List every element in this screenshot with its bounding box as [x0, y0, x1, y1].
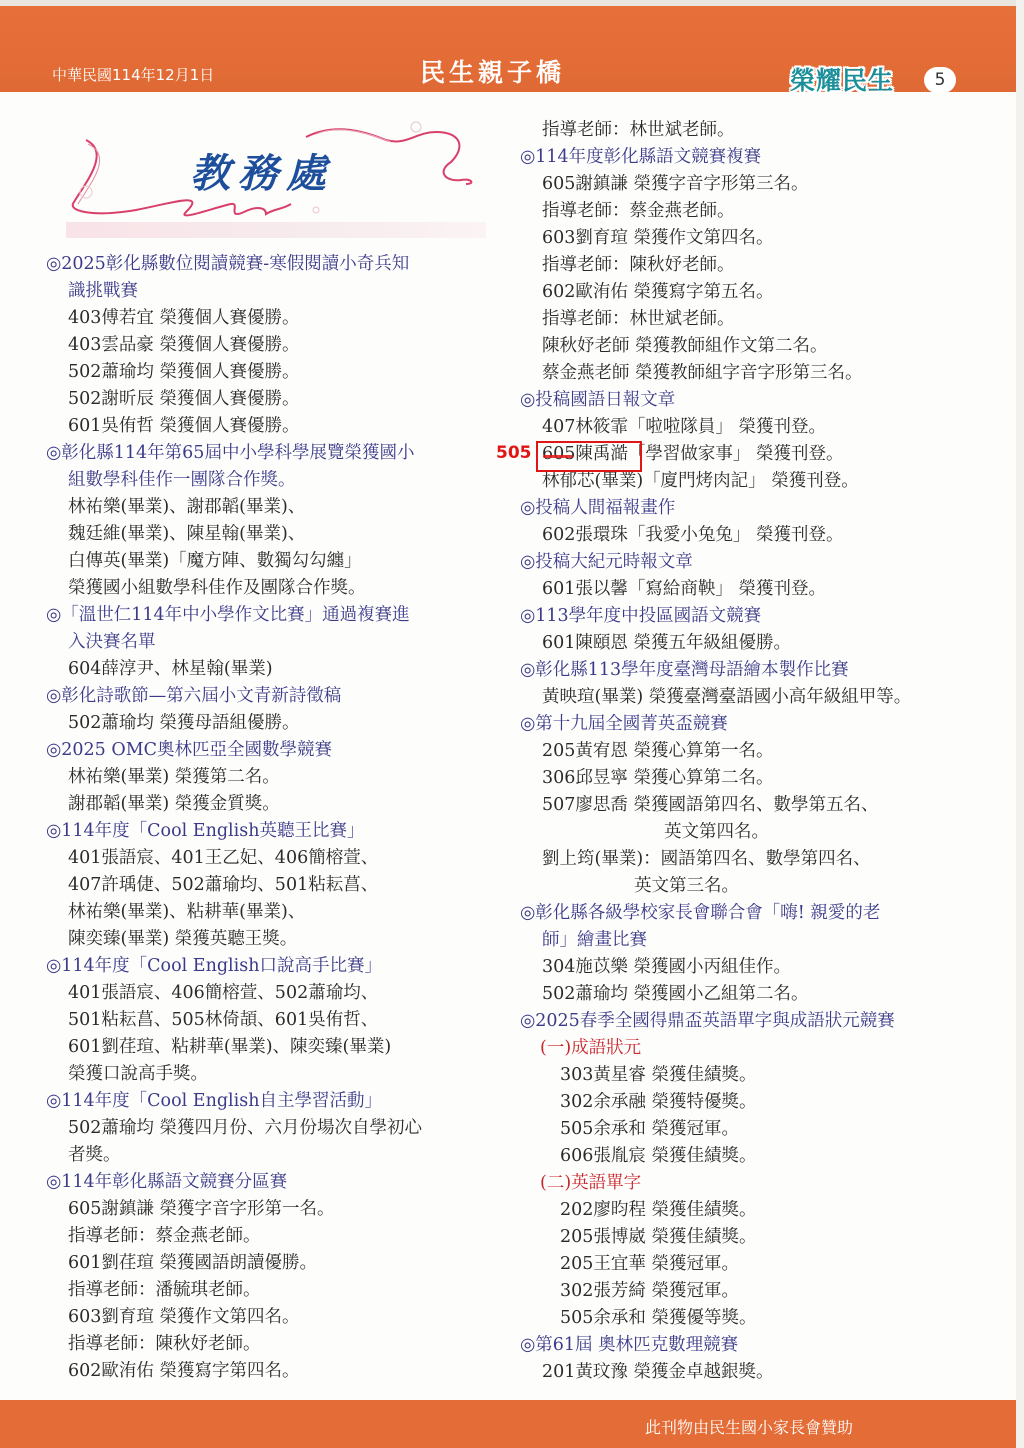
correction-label: 505 [496, 443, 532, 463]
award-heading: ◎2025 OMC奧林匹亞全國數學競賽 [46, 737, 496, 764]
award-heading-continued: 入決賽名單 [46, 629, 496, 656]
list-item: 602歐洧佑 榮獲寫字第五名。 [520, 279, 990, 306]
list-item: 205黃宥恩 榮獲心算第一名。 [520, 738, 990, 765]
list-item: 指導老師：蔡金燕老師。 [520, 198, 990, 225]
list-item: 401張語宸、401王乙妃、406簡榕萱、 [46, 845, 496, 872]
list-item: 指導老師：林世斌老師。 [520, 117, 990, 144]
award-subheading: (一)成語狀元 [520, 1035, 990, 1062]
list-item: 502蕭瑜均 榮獲國小乙組第二名。 [520, 981, 990, 1008]
list-item: 602歐洧佑 榮獲寫字第四名。 [46, 1358, 496, 1385]
list-item: 407林筱霏「啦啦隊員」 榮獲刊登。 [520, 414, 990, 441]
award-heading: ◎投稿國語日報文章 [520, 387, 990, 414]
list-item: 407許瑀倢、502蕭瑜均、501粘耘菖、 [46, 872, 496, 899]
list-item: 601劉荏瑄 榮獲國語朗讀優勝。 [46, 1250, 496, 1277]
list-item: 黃映瑄(畢業) 榮獲臺灣臺語國小高年級組甲等。 [520, 684, 990, 711]
list-item: 604薛淳尹、林星翰(畢業) [46, 656, 496, 683]
list-item: 謝郡韜(畢業) 榮獲金質獎。 [46, 791, 496, 818]
list-item: 502蕭瑜均 榮獲個人賽優勝。 [46, 359, 496, 386]
list-item: 陳秋妤老師 榮獲教師組作文第二名。 [520, 333, 990, 360]
header-date: 中華民國114年12月1日 [52, 64, 214, 85]
sponsor-note: 此刊物由民生國小家長會贊助 [645, 1415, 853, 1438]
list-item: 榮獲口說高手獎。 [46, 1061, 496, 1088]
award-heading: ◎114年度彰化縣語文競賽複賽 [520, 144, 990, 171]
list-item: 指導老師：林世斌老師。 [520, 306, 990, 333]
banner-underline [66, 222, 486, 238]
list-item: 304施苡樂 榮獲國小丙組佳作。 [520, 954, 990, 981]
award-heading-continued: 識挑戰賽 [46, 278, 496, 305]
list-item: 302余承融 榮獲特優獎。 [520, 1089, 990, 1116]
list-item: 林郁芯(畢業)「廈門烤肉記」 榮獲刊登。 [520, 468, 990, 495]
department-title: 教務處 [190, 142, 334, 199]
right-column: 指導老師：林世斌老師。◎114年度彰化縣語文競賽複賽605謝鎮謙 榮獲字音字形第… [520, 117, 990, 1386]
left-column: ◎2025彰化縣數位閱讀競賽-寒假閱讀小奇兵知識挑戰賽403傅若宜 榮獲個人賽優… [46, 251, 496, 1385]
list-item-continued: 英文第三名。 [520, 873, 990, 900]
page-right-edge [1016, 0, 1024, 1448]
award-heading: ◎114年彰化縣語文競賽分區賽 [46, 1169, 496, 1196]
list-item: 502蕭瑜均 榮獲母語組優勝。 [46, 710, 496, 737]
list-item: 507廖思喬 榮獲國語第四名、數學第五名、 [520, 792, 990, 819]
award-heading: ◎114年度「Cool English自主學習活動」 [46, 1088, 496, 1115]
list-item: 501粘耘菖、505林倚頡、601吳侑哲、 [46, 1007, 496, 1034]
newsletter-title: 民生親子橋 [420, 53, 565, 89]
list-item: 202廖昀程 榮獲佳績獎。 [520, 1197, 990, 1224]
list-item: 603劉育瑄 榮獲作文第四名。 [46, 1304, 496, 1331]
award-heading: ◎「溫世仁114年中小學作文比賽」通過複賽進 [46, 602, 496, 629]
list-item: 505余承和 榮獲優等獎。 [520, 1305, 990, 1332]
list-item: 601吳侑哲 榮獲個人賽優勝。 [46, 413, 496, 440]
award-heading-continued: 組數學科佳作一團隊合作獎。 [46, 467, 496, 494]
list-item: 502蕭瑜均 榮獲四月份、六月份場次自學初心 [46, 1115, 496, 1142]
award-heading: ◎彰化縣114年第65屆中小學科學展覽榮獲國小 [46, 440, 496, 467]
list-item: 者獎。 [46, 1142, 496, 1169]
award-heading-continued: 師」繪畫比賽 [520, 927, 990, 954]
list-item: 601張以馨「寫給商鞅」 榮獲刊登。 [520, 576, 990, 603]
award-heading: ◎2025春季全國得鼎盃英語單字與成語狀元競賽 [520, 1008, 990, 1035]
page-header: 中華民國114年12月1日 民生親子橋 榮耀民生 5 [0, 6, 1016, 92]
award-heading: ◎第61屆 奧林匹克數理競賽 [520, 1332, 990, 1359]
list-item: 201黃玟豫 榮獲金卓越銀獎。 [520, 1359, 990, 1386]
award-heading: ◎彰化縣113學年度臺灣母語繪本製作比賽 [520, 657, 990, 684]
award-heading: ◎彰化詩歌節—第六屆小文青新詩徵稿 [46, 683, 496, 710]
list-item: 403傅若宜 榮獲個人賽優勝。 [46, 305, 496, 332]
award-heading: ◎114年度「Cool English口說高手比賽」 [46, 953, 496, 980]
list-item: 505余承和 榮獲冠軍。 [520, 1116, 990, 1143]
list-item: 劉上筠(畢業)：國語第四名、數學第四名、 [520, 846, 990, 873]
award-heading: ◎彰化縣各級學校家長會聯合會「嗨! 親愛的老 [520, 900, 990, 927]
section-title: 榮耀民生 [790, 61, 894, 97]
list-item: 403雲品豪 榮獲個人賽優勝。 [46, 332, 496, 359]
award-heading: ◎投稿人間福報畫作 [520, 495, 990, 522]
list-item: 林祐樂(畢業) 榮獲第二名。 [46, 764, 496, 791]
award-heading: ◎114年度「Cool English英聽王比賽」 [46, 818, 496, 845]
list-item-continued: 英文第四名。 [520, 819, 990, 846]
page-number-badge: 5 [924, 67, 956, 93]
list-item: 605謝鎮謙 榮獲字音字形第一名。 [46, 1196, 496, 1223]
list-item: 蔡金燕老師 榮獲教師組字音字形第三名。 [520, 360, 990, 387]
list-item: 205張博崴 榮獲佳績獎。 [520, 1224, 990, 1251]
list-item: 601劉荏瑄、粘耕華(畢業)、陳奕臻(畢業) [46, 1034, 496, 1061]
list-item: 601陳頤恩 榮獲五年級組優勝。 [520, 630, 990, 657]
list-item: 白傳英(畢業)「魔方陣、數獨勾勾纏」 [46, 548, 496, 575]
list-item: 指導老師：陳秋妤老師。 [520, 252, 990, 279]
list-item: 林祐樂(畢業)、粘耕華(畢業)、 [46, 899, 496, 926]
award-heading: ◎113學年度中投區國語文競賽 [520, 603, 990, 630]
list-item: 606張胤宸 榮獲佳績獎。 [520, 1143, 990, 1170]
list-item: 401張語宸、406簡榕萱、502蕭瑜均、 [46, 980, 496, 1007]
page-footer: 此刊物由民生國小家長會贊助 [0, 1400, 1016, 1448]
list-item: 205王宜華 榮獲冠軍。 [520, 1251, 990, 1278]
list-item: 林祐樂(畢業)、謝郡韜(畢業)、 [46, 494, 496, 521]
award-heading: ◎2025彰化縣數位閱讀競賽-寒假閱讀小奇兵知 [46, 251, 496, 278]
award-subheading: (二)英語單字 [520, 1170, 990, 1197]
award-heading: ◎投稿大紀元時報文章 [520, 549, 990, 576]
list-item: 603劉育瑄 榮獲作文第四名。 [520, 225, 990, 252]
list-item: 指導老師：潘毓琪老師。 [46, 1277, 496, 1304]
list-item: 302張芳綺 榮獲冠軍。 [520, 1278, 990, 1305]
list-item: 指導老師：蔡金燕老師。 [46, 1223, 496, 1250]
award-heading: ◎第十九屆全國菁英盃競賽 [520, 711, 990, 738]
department-banner: 教務處 [66, 112, 486, 240]
list-item: 榮獲國小組數學科佳作及團隊合作獎。 [46, 575, 496, 602]
strikethrough-mark [543, 455, 573, 458]
list-item: 605謝鎮謙 榮獲字音字形第三名。 [520, 171, 990, 198]
list-item: 306邱昱寧 榮獲心算第二名。 [520, 765, 990, 792]
list-item: 魏廷維(畢業)、陳星翰(畢業)、 [46, 521, 496, 548]
list-item: 指導老師：陳秋妤老師。 [46, 1331, 496, 1358]
list-item: 陳奕臻(畢業) 榮獲英聽王獎。 [46, 926, 496, 953]
list-item: 303黃星睿 榮獲佳績獎。 [520, 1062, 990, 1089]
list-item: 602張環珠「我愛小兔兔」 榮獲刊登。 [520, 522, 990, 549]
list-item: 502謝昕辰 榮獲個人賽優勝。 [46, 386, 496, 413]
